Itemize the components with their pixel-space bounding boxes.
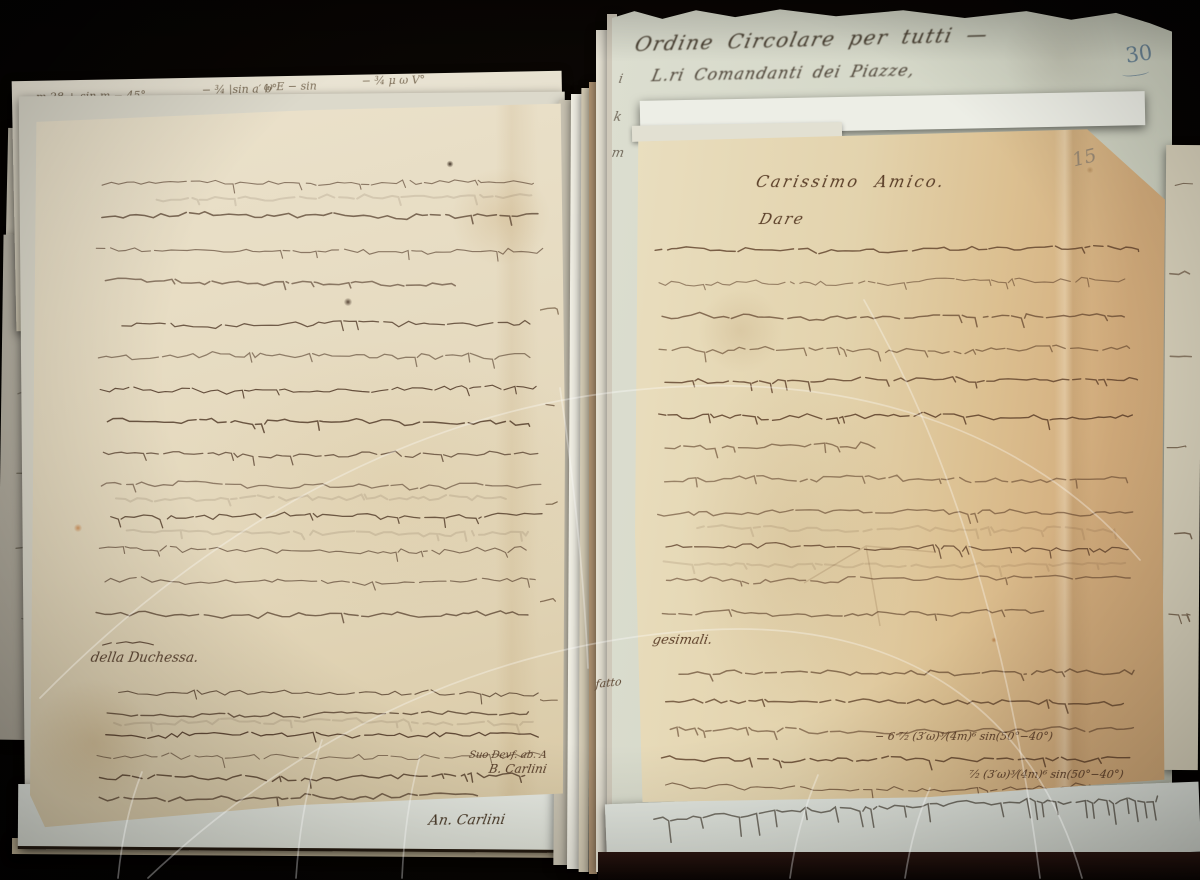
signature: B. Carlini — [468, 762, 548, 776]
legible-line: della Duchessa. — [89, 650, 199, 666]
circular-order-subheading: L.ri Comandanti dei Piazze, — [650, 60, 917, 85]
formula-line: − 6 ⁷⁄₂ (3′ω)³⁄(4m)⁶ sin(50°−40°) — [874, 730, 1053, 743]
closing-line: Suo Devf. ab. A — [468, 750, 548, 761]
page-number-underline — [1122, 68, 1150, 77]
margin-char: m — [610, 146, 625, 161]
formula-line: ⁷⁄₂ (3′ω)³⁄(4m)⁶ sin(50°−40°) — [968, 768, 1124, 781]
formula-fragment: ω E − sin — [264, 79, 317, 93]
margin-char: k — [612, 110, 623, 125]
bottom-shadow-strip — [598, 852, 1200, 880]
page-number-30: 30 — [1124, 40, 1154, 67]
letter-closing: Suo Devf. ab. A B. Carlini — [469, 750, 547, 776]
right-edge-sheet — [1162, 145, 1200, 770]
page-number-15: 15 — [1070, 144, 1099, 171]
manuscript-photo: m 28 + sin m − 45° − ¾ |sin a′ b° ω E − … — [0, 0, 1200, 880]
circular-order-heading: Ordine Circolare per tutti — — [633, 22, 991, 56]
faint-writing-marks — [1164, 155, 1198, 755]
handwriting-body — [54, 100, 554, 826]
legible-word: gesimali. — [651, 633, 713, 648]
paper-crease-lines — [634, 128, 1166, 804]
right-letter-page: 15 Carissimo Amico. Dare gesimali. − 6 ⁷… — [634, 128, 1166, 804]
left-manuscript-page: della Duchessa. Suo Devf. ab. A B. Carli… — [30, 100, 565, 830]
dateline: Dare — [758, 210, 808, 228]
formula-fragment: − ¾ μ ω V° — [362, 73, 426, 87]
handwriting-body — [644, 128, 1154, 804]
margin-char: i — [617, 72, 624, 87]
salutation: Carissimo Amico. — [729, 172, 973, 191]
signature: An. Carlini — [427, 812, 506, 829]
